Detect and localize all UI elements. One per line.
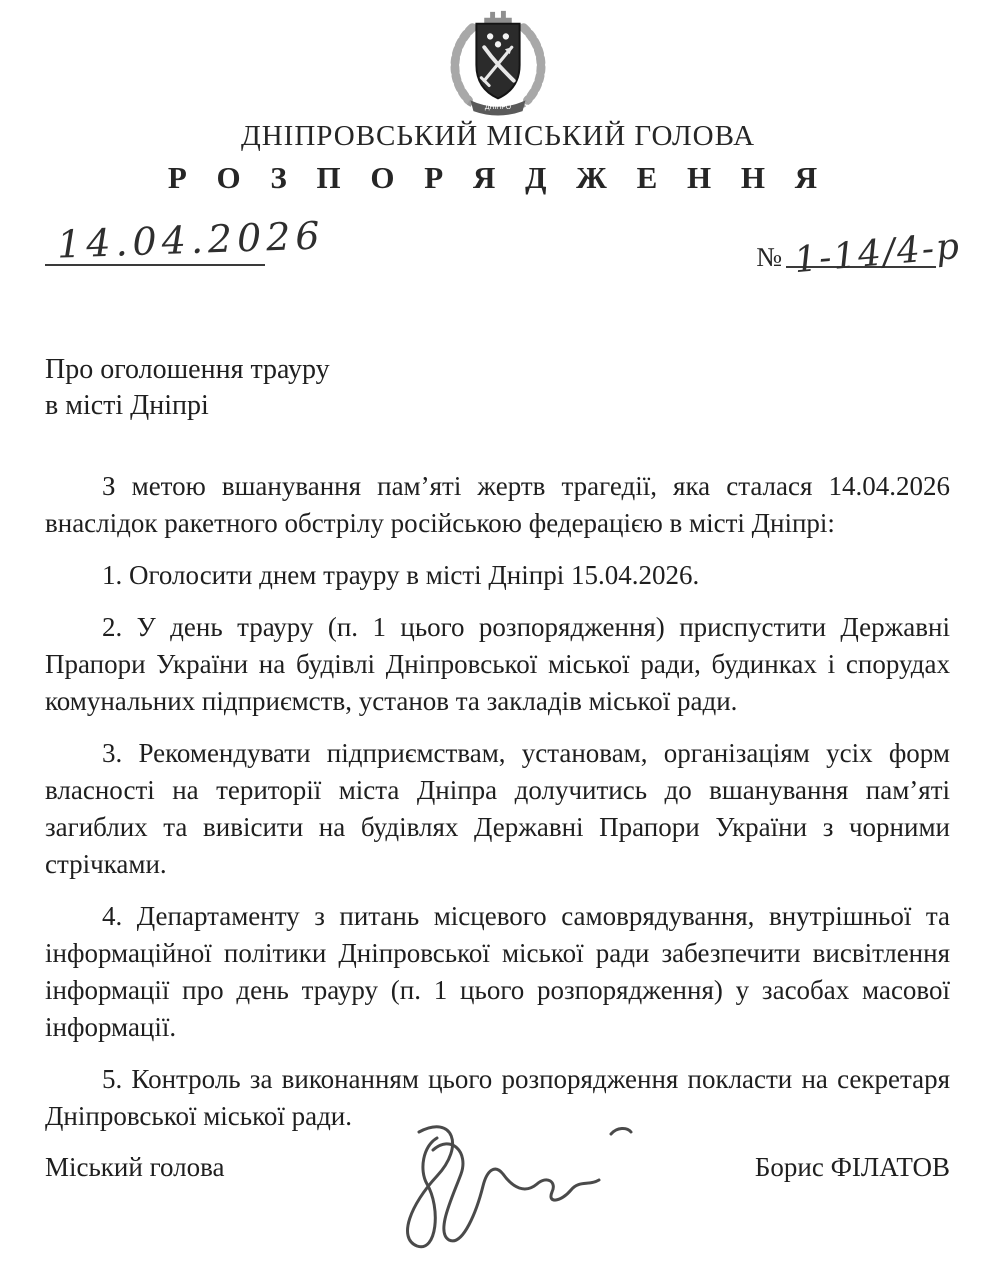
meta-row: 14.04.2026 №1-14/4-р bbox=[45, 218, 956, 288]
decree-item-2: 2. У день трауру (п. 1 цього розпоряджен… bbox=[45, 609, 950, 720]
decree-item-3: 3. Рекомендувати підприємствам, установа… bbox=[45, 735, 950, 883]
subject-block: Про оголошення трауру в місті Дніпрі bbox=[45, 352, 330, 424]
organization-title: ДНІПРОВСЬКИЙ МІСЬКИЙ ГОЛОВА bbox=[0, 120, 996, 153]
signature-row: Міський голова Борис ФІЛАТОВ bbox=[45, 1152, 950, 1183]
emblem-banner-text: ДНІПРО bbox=[485, 104, 511, 111]
subject-line-1: Про оголошення трауру bbox=[45, 352, 330, 388]
handwritten-number: 1-14/4-р bbox=[793, 226, 963, 281]
decree-item-4: 4. Департаменту з питань місцевого самов… bbox=[45, 898, 950, 1046]
intro-paragraph: З метою вшанування пам’яті жертв трагеді… bbox=[45, 468, 950, 542]
number-line: 1-14/4-р bbox=[786, 232, 936, 268]
subject-line-2: в місті Дніпрі bbox=[45, 388, 330, 424]
number-field: №1-14/4-р bbox=[756, 232, 936, 273]
number-sign-label: № bbox=[756, 242, 782, 272]
date-field: 14.04.2026 bbox=[45, 218, 265, 266]
decree-document-page: ДНІПРО ДНІПРОВСЬКИЙ МІСЬКИЙ ГОЛОВА Р О З… bbox=[0, 0, 996, 1280]
dnipro-coat-of-arms-icon: ДНІПРО bbox=[0, 6, 996, 118]
decree-body: З метою вшанування пам’яті жертв трагеді… bbox=[45, 468, 950, 1150]
decree-item-5: 5. Контроль за виконанням цього розпоряд… bbox=[45, 1061, 950, 1135]
signer-position-title: Міський голова bbox=[45, 1152, 224, 1183]
document-type-title: Р О З П О Р Я Д Ж Е Н Н Я bbox=[0, 160, 996, 196]
decree-item-1: 1. Оголосити днем трауру в місті Дніпрі … bbox=[45, 557, 950, 594]
handwritten-date: 14.04.2026 bbox=[56, 213, 325, 266]
signer-name: Борис ФІЛАТОВ bbox=[755, 1152, 950, 1183]
